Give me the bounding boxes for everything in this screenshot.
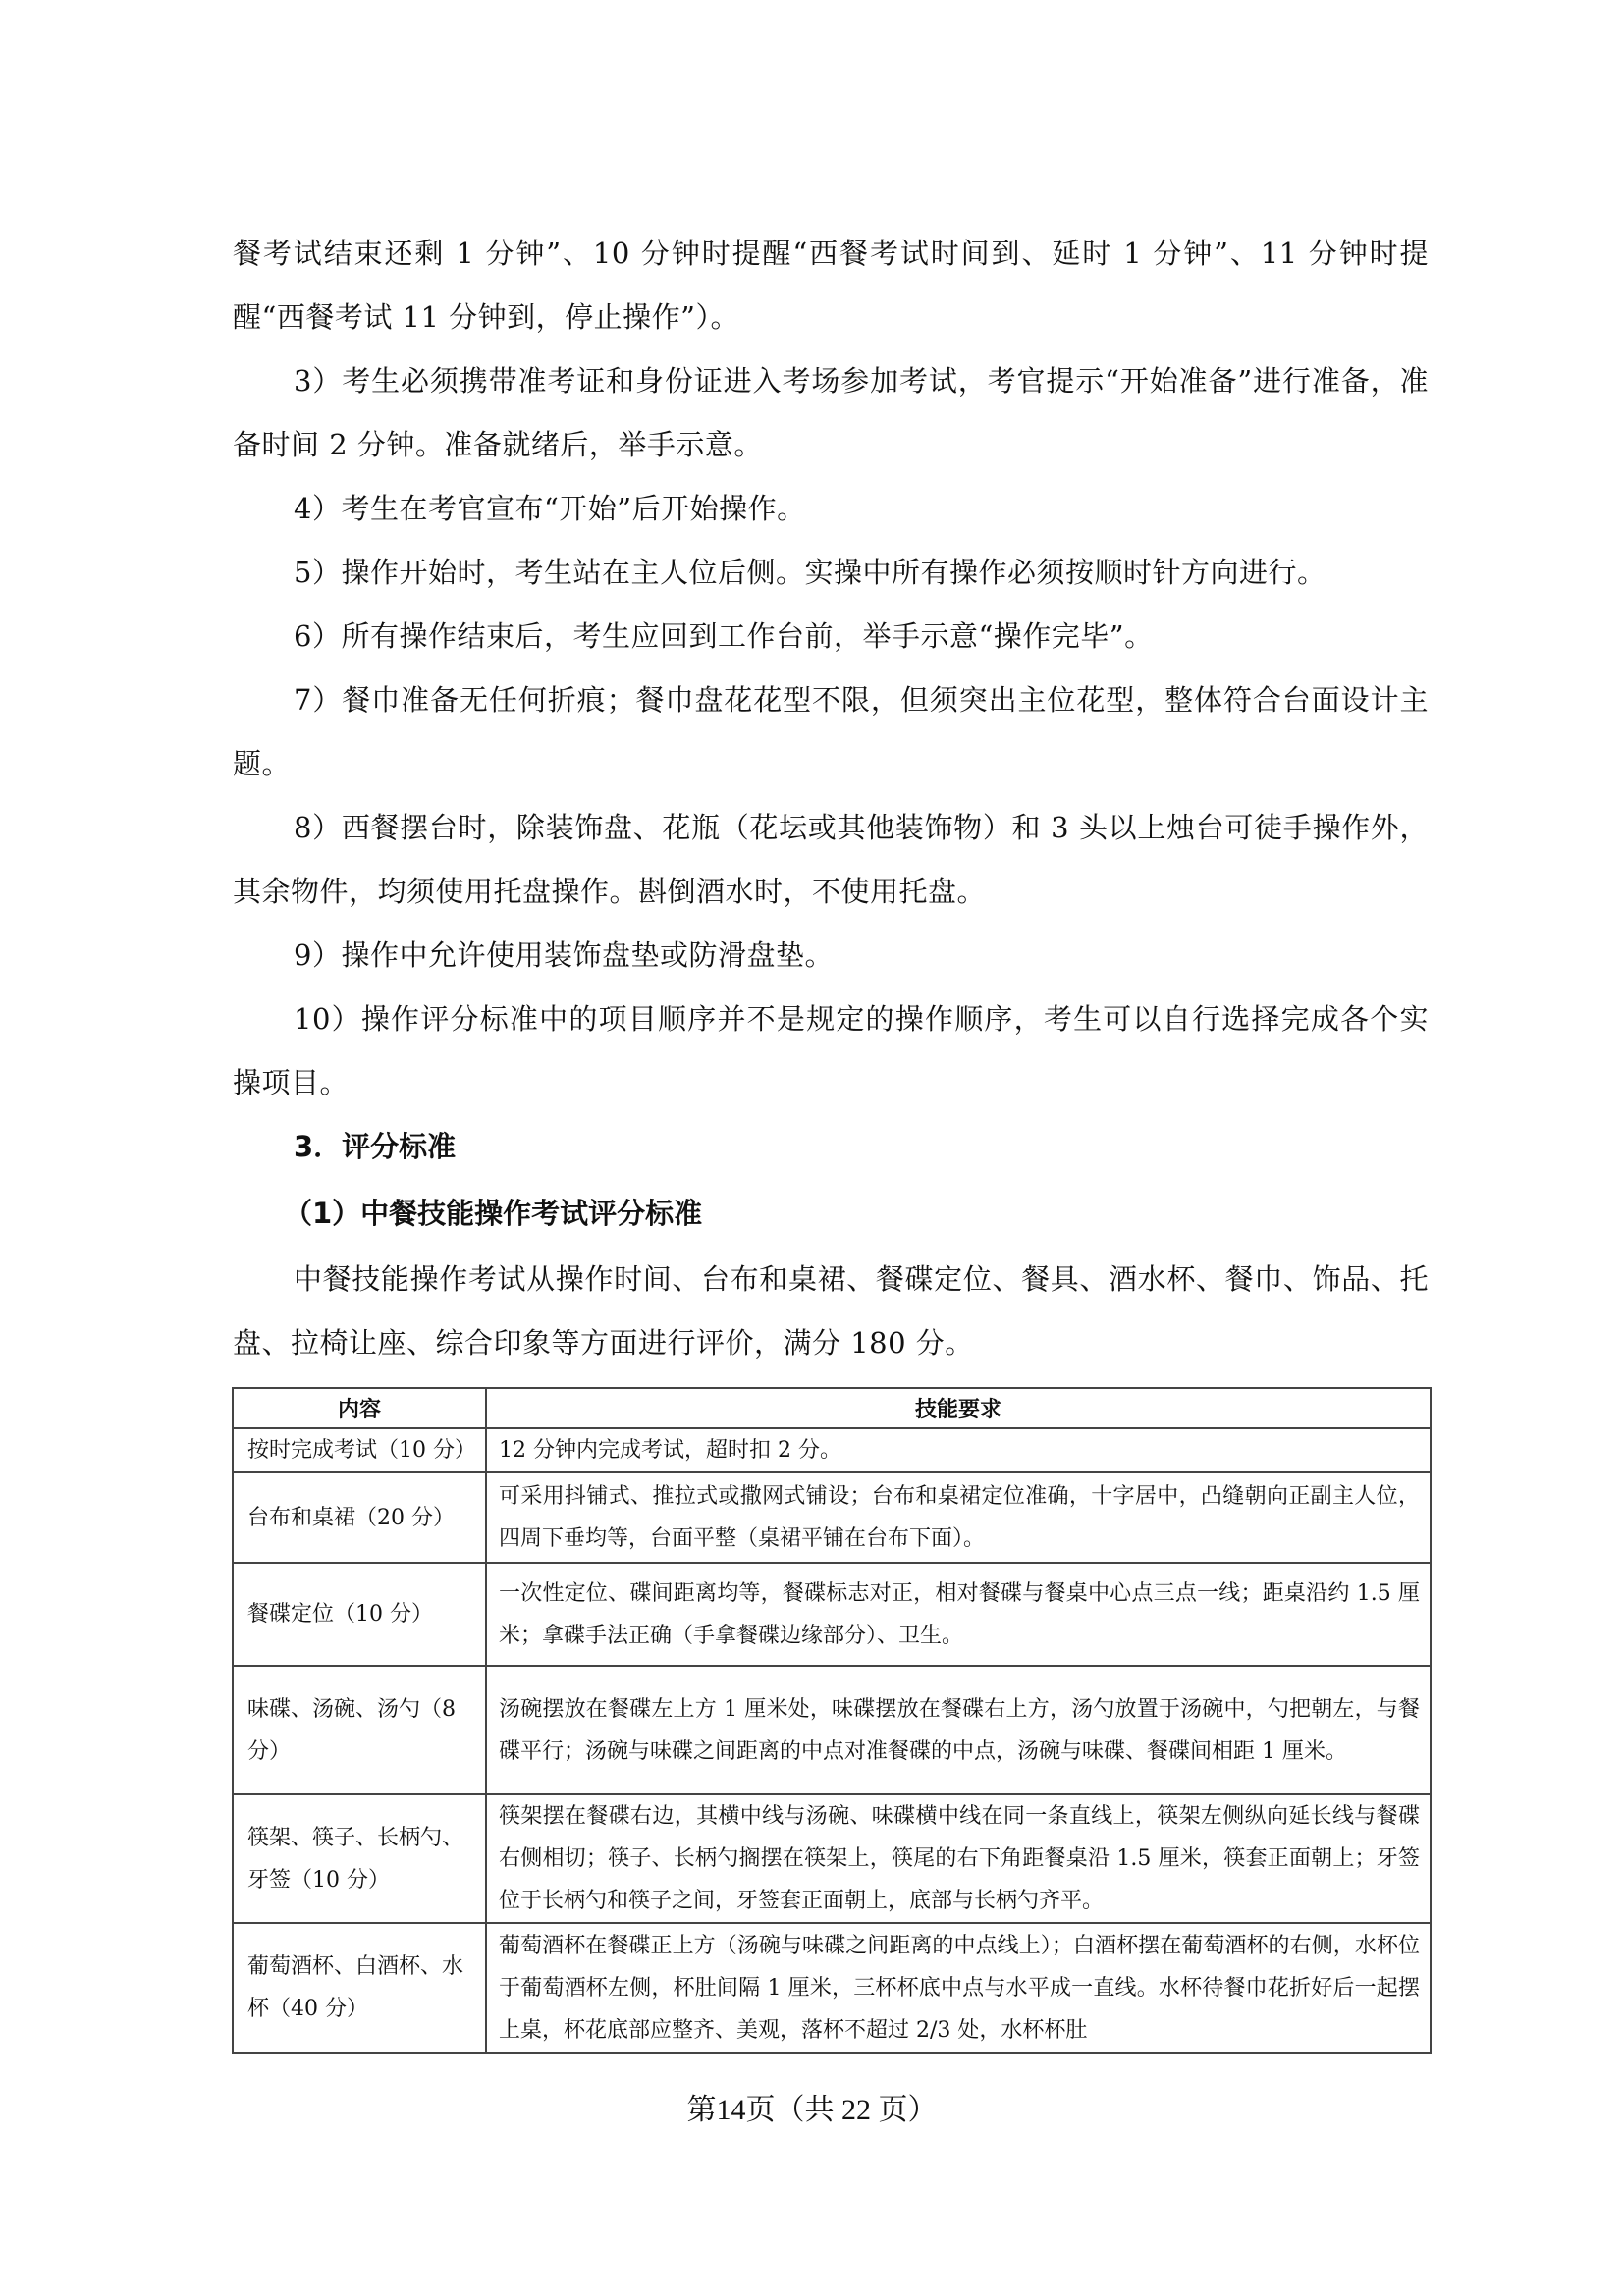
table-cell-item: 台布和桌裙（20 分） xyxy=(233,1472,486,1563)
column-header-content: 内容 xyxy=(233,1388,486,1428)
rule-item-7: 7）餐巾准备无任何折痕；餐巾盘花花型不限，但须突出主位花型，整体符合台面设计主题… xyxy=(233,668,1429,796)
rule-item-10: 10）操作评分标准中的项目顺序并不是规定的操作顺序，考生可以自行选择完成各个实操… xyxy=(233,988,1429,1115)
table-header-row: 内容 技能要求 xyxy=(233,1388,1431,1428)
subsection-heading: （1）中餐技能操作考试评分标准 xyxy=(233,1179,1429,1248)
table-cell-requirement: 筷架摆在餐碟右边，其横中线与汤碗、味碟横中线在同一条直线上，筷架左侧纵向延长线与… xyxy=(486,1794,1431,1923)
rule-item-9: 9）操作中允许使用装饰盘垫或防滑盘垫。 xyxy=(233,924,1429,988)
paragraph-continuation: 餐考试结束还剩 1 分钟”、10 分钟时提醒“西餐考试时间到、延时 1 分钟”、… xyxy=(233,222,1429,349)
table-cell-item: 味碟、汤碗、汤勺（8 分） xyxy=(233,1666,486,1794)
table-row: 按时完成考试（10 分） 12 分钟内完成考试，超时扣 2 分。 xyxy=(233,1428,1431,1472)
table-cell-requirement: 12 分钟内完成考试，超时扣 2 分。 xyxy=(486,1428,1431,1472)
table-cell-item: 按时完成考试（10 分） xyxy=(233,1428,486,1472)
table-row: 台布和桌裙（20 分） 可采用抖铺式、推拉式或撒网式铺设；台布和桌裙定位准确，十… xyxy=(233,1472,1431,1563)
table-cell-requirement: 可采用抖铺式、推拉式或撒网式铺设；台布和桌裙定位准确，十字居中，凸缝朝向正副主人… xyxy=(486,1472,1431,1563)
document-body: 餐考试结束还剩 1 分钟”、10 分钟时提醒“西餐考试时间到、延时 1 分钟”、… xyxy=(233,222,1429,1375)
table-row: 餐碟定位（10 分） 一次性定位、碟间距离均等，餐碟标志对正，相对餐碟与餐桌中心… xyxy=(233,1563,1431,1666)
table-cell-item: 餐碟定位（10 分） xyxy=(233,1563,486,1666)
table-cell-requirement: 一次性定位、碟间距离均等，餐碟标志对正，相对餐碟与餐桌中心点三点一线；距桌沿约 … xyxy=(486,1563,1431,1666)
table-row: 味碟、汤碗、汤勺（8 分） 汤碗摆放在餐碟左上方 1 厘米处，味碟摆放在餐碟右上… xyxy=(233,1666,1431,1794)
section-intro: 中餐技能操作考试从操作时间、台布和桌裙、餐碟定位、餐具、酒水杯、餐巾、饰品、托盘… xyxy=(233,1248,1429,1375)
table-row: 筷架、筷子、长柄勺、牙签（10 分） 筷架摆在餐碟右边，其横中线与汤碗、味碟横中… xyxy=(233,1794,1431,1923)
rule-item-5: 5）操作开始时，考生站在主人位后侧。实操中所有操作必须按顺时针方向进行。 xyxy=(233,541,1429,605)
rule-item-6: 6）所有操作结束后，考生应回到工作台前，举手示意“操作完毕”。 xyxy=(233,605,1429,668)
table-cell-requirement: 葡萄酒杯在餐碟正上方（汤碗与味碟之间距离的中点线上）；白酒杯摆在葡萄酒杯的右侧，… xyxy=(486,1923,1431,2053)
rule-item-3: 3）考生必须携带准考证和身份证进入考场参加考试，考官提示“开始准备”进行准备，准… xyxy=(233,349,1429,477)
rule-item-8: 8）西餐摆台时，除装饰盘、花瓶（花坛或其他装饰物）和 3 头以上烛台可徒手操作外… xyxy=(233,796,1429,924)
table-cell-item: 葡萄酒杯、白酒杯、水杯（40 分） xyxy=(233,1923,486,2053)
column-header-requirement: 技能要求 xyxy=(486,1388,1431,1428)
table-cell-requirement: 汤碗摆放在餐碟左上方 1 厘米处，味碟摆放在餐碟右上方，汤勺放置于汤碗中，勺把朝… xyxy=(486,1666,1431,1794)
rule-item-4: 4）考生在考官宣布“开始”后开始操作。 xyxy=(233,477,1429,541)
page-number: 第14页（共 22 页） xyxy=(0,2089,1624,2132)
table-cell-item: 筷架、筷子、长柄勺、牙签（10 分） xyxy=(233,1794,486,1923)
scoring-table: 内容 技能要求 按时完成考试（10 分） 12 分钟内完成考试，超时扣 2 分。… xyxy=(232,1387,1432,2054)
table-row: 葡萄酒杯、白酒杯、水杯（40 分） 葡萄酒杯在餐碟正上方（汤碗与味碟之间距离的中… xyxy=(233,1923,1431,2053)
section-heading: 3．评分标准 xyxy=(233,1115,1429,1179)
